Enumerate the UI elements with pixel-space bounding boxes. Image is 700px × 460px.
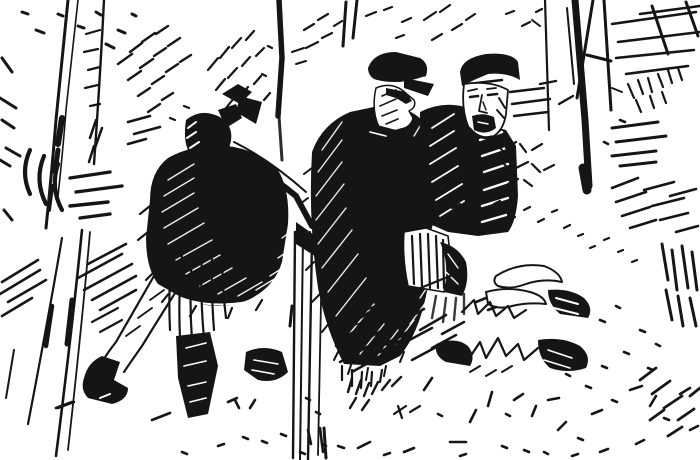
pine-branches bbox=[612, 2, 700, 232]
tree-trunks-bottom-left bbox=[6, 230, 90, 456]
illustration-page bbox=[0, 0, 700, 460]
forest-illustration bbox=[0, 0, 700, 460]
right-scrub bbox=[640, 244, 700, 436]
left-bush bbox=[25, 150, 122, 218]
edge-marks bbox=[0, 12, 136, 220]
tree-trunk-center bbox=[278, 0, 306, 160]
tree-trunk-right-dark bbox=[532, 0, 622, 190]
